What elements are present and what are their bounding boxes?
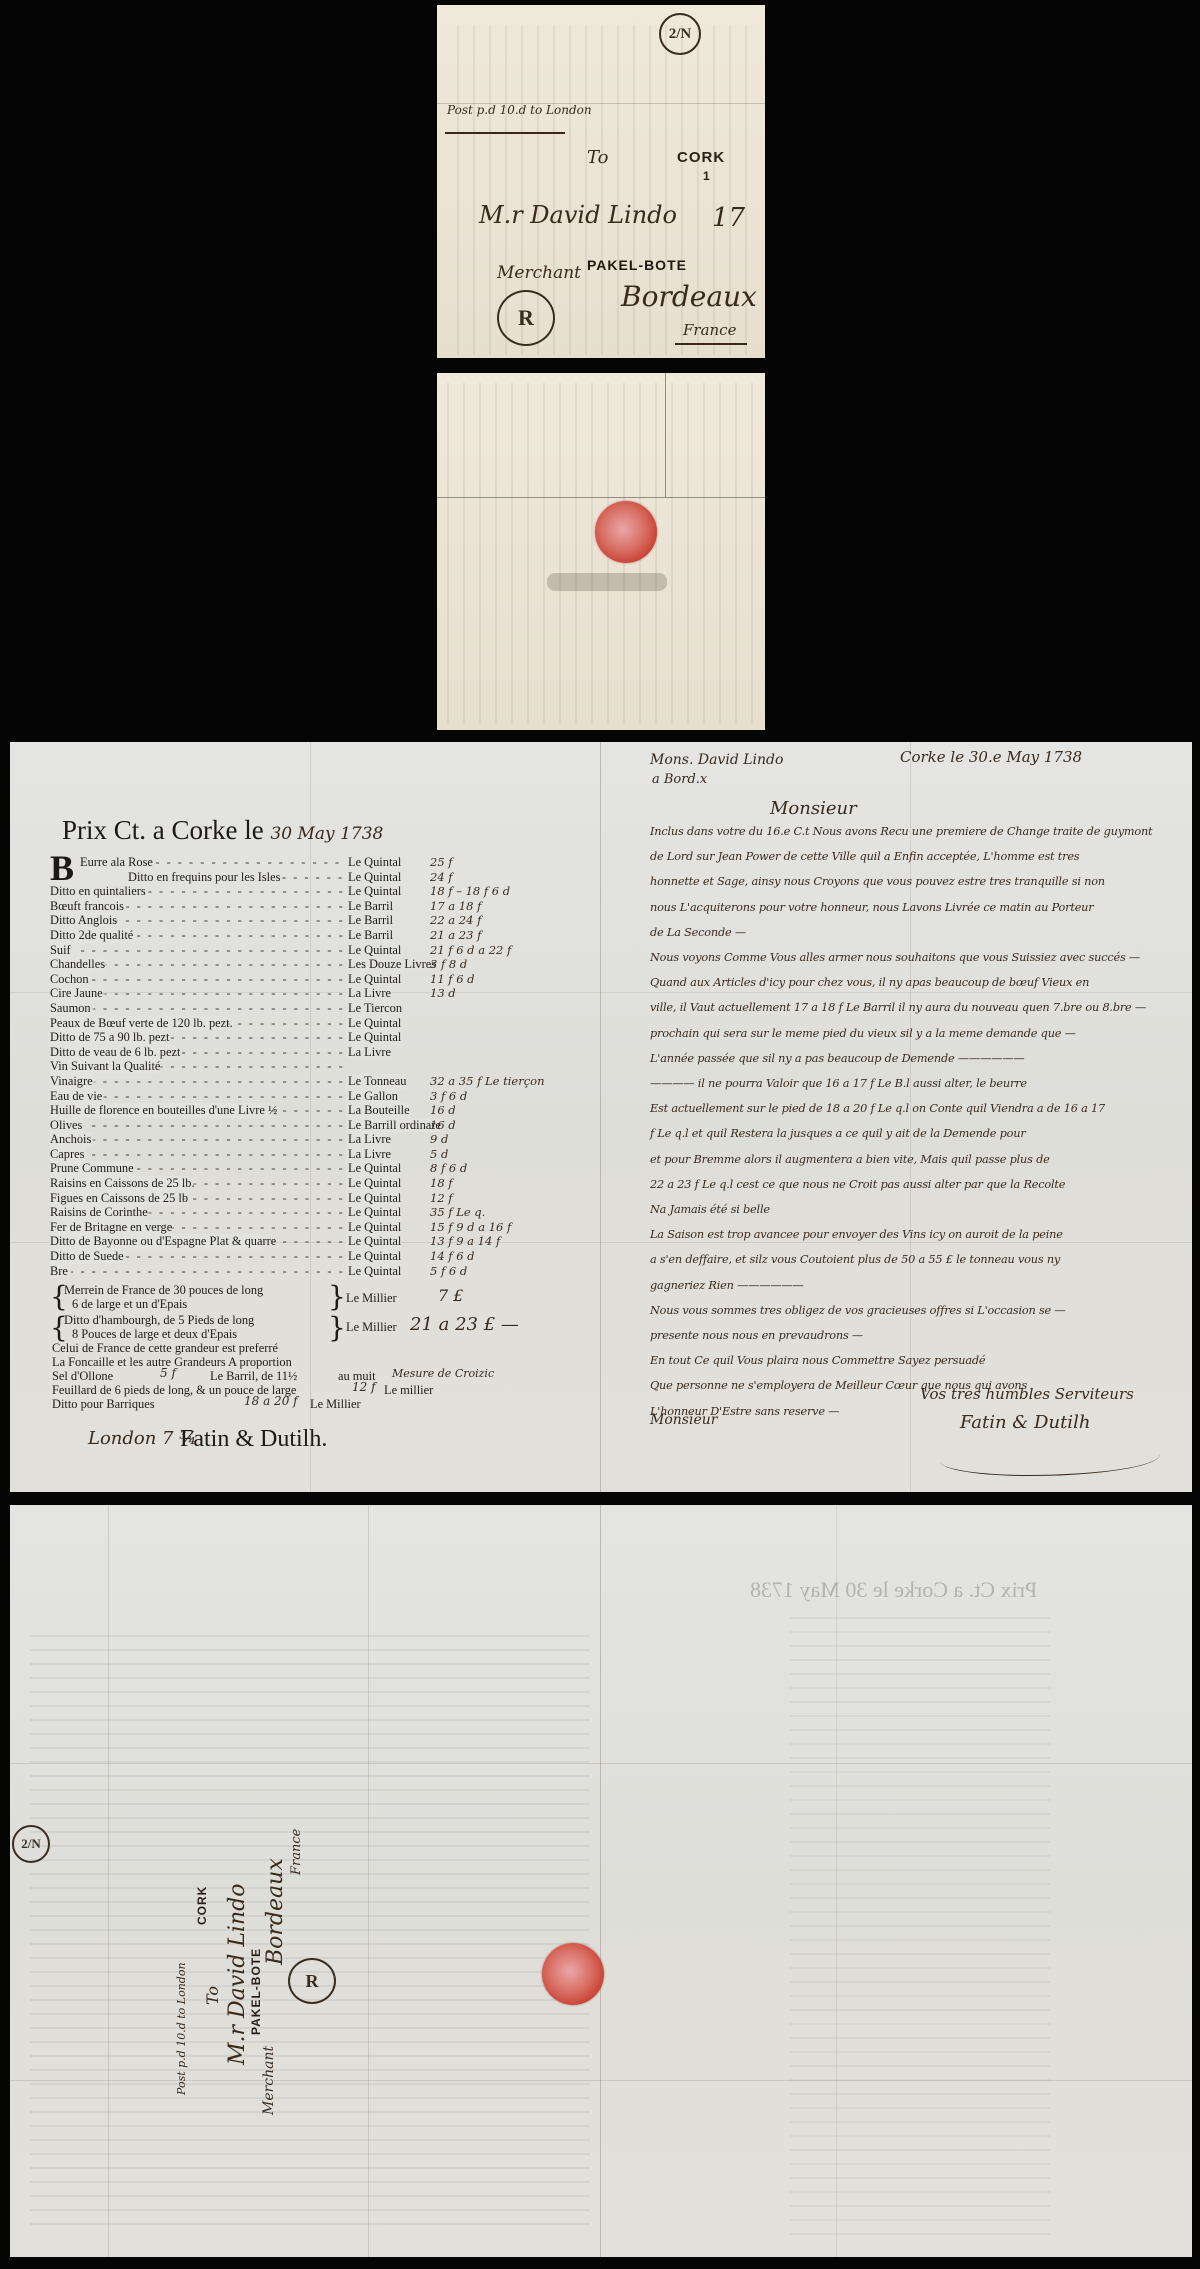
show-through-text [447, 383, 757, 723]
leader-dots: - - - - - - - - - - - - - - - - - - - - … [58, 1264, 348, 1279]
postmark-text: R [518, 305, 534, 331]
price-row: - - - - - - - - - - - - - - - - - - - - … [50, 1074, 570, 1089]
item-price: 8 f 6 d [430, 1161, 467, 1176]
item-unit: La Bouteille [346, 1103, 410, 1118]
item-name: Ditto en frequins pour les Isles [128, 870, 284, 885]
brace-right: } [328, 1311, 346, 1344]
price-row: - - - - - - - - - - - - - - - - - - - - … [50, 1089, 570, 1104]
city: Bordeaux [621, 280, 757, 313]
letter-line: honnette et Sage, ainsy nous Croyons que… [650, 875, 1105, 888]
sel-note: Mesure de Croizic [392, 1367, 494, 1380]
reverse-circle-postmark-2: R [288, 1958, 336, 2004]
item-price: 22 a 24 f [430, 913, 481, 928]
item-price: 32 a 35 f Le tierçon [430, 1074, 544, 1089]
salutation: Monsieur [770, 798, 857, 819]
item-price: 18 f – 18 f 6 d [430, 884, 510, 899]
letter-line: La Saison est trop avancee pour envoyer … [650, 1228, 1063, 1241]
footer-line: Celui de France de cette grandeur est pr… [52, 1341, 278, 1356]
item-price: 11 f 6 d [430, 972, 475, 987]
item-price: 16 d [430, 1103, 456, 1118]
packet-stamp: PAKEL-BOTE [587, 257, 687, 273]
flap-edge [437, 497, 765, 498]
letter-line: de La Seconde — [650, 926, 746, 939]
item-unit: Le Quintal [346, 1176, 401, 1191]
envelope-front-panel: 2/N Post p.d 10.d to London To CORK 1 M.… [437, 5, 765, 358]
merrein-unit: Le Millier [346, 1291, 397, 1306]
item-unit: Le Quintal [346, 1030, 401, 1045]
item-name: Chandelles [50, 957, 109, 972]
item-name: Ditto de Bayonne ou d'Espagne Plat & qua… [50, 1234, 280, 1249]
item-price: 14 f 6 d [430, 1249, 475, 1264]
show-through-price-list [790, 1615, 1050, 2235]
item-name: Bre [50, 1264, 72, 1279]
price-row: - - - - - - - - - - - - - - - - - - - - … [50, 1132, 570, 1147]
sel-price: 5 f [160, 1366, 176, 1380]
price-row: - - - - - - - - - - - - - - - - - - - - … [50, 1249, 570, 1264]
letter-line: de Lord sur Jean Power de cette Ville qu… [650, 850, 1079, 863]
item-unit: Le Quintal [346, 1016, 401, 1031]
country: France [683, 321, 736, 339]
sel-label: Sel d'Ollone [52, 1369, 113, 1384]
wax-seal [595, 501, 657, 563]
item-name: Capres [50, 1147, 88, 1162]
item-price: 24 f [430, 870, 453, 885]
item-price: 35 f Le q. [430, 1205, 485, 1220]
item-price: 9 d [430, 1132, 448, 1147]
price-row: - - - - - - - - - - - - - - - - - - - - … [50, 1205, 570, 1220]
price-list-title: Prix Ct. a Corke le 30 May 1738 [62, 815, 383, 846]
item-name: Figues en Caissons de 25 lb [50, 1191, 192, 1206]
barriques-price: 18 a 20 f [244, 1394, 298, 1408]
item-unit: Le Quintal [346, 870, 401, 885]
item-price: 25 f [430, 855, 453, 870]
occupation: Merchant [497, 263, 581, 283]
rotated-address: Post p.d 10.d to London To M.r David Lin… [185, 1695, 295, 2075]
reverse-country: France [289, 1829, 304, 1875]
item-name: Eau de vie [50, 1089, 106, 1104]
reverse-circle-postmark: 2/N [12, 1825, 50, 1863]
item-name: Vin Suivant la Qualité [50, 1059, 164, 1074]
item-name: Eurre ala Rose [80, 855, 157, 870]
leader-dots: - - - - - - - - - - - - - - - - - - - - … [58, 1118, 348, 1133]
item-unit: La Livre [346, 1147, 391, 1162]
brace-right: } [328, 1280, 346, 1313]
price-row: - - - - - - - - - - - - - - - - - - - - … [50, 943, 570, 958]
item-unit: Le Quintal [346, 1234, 401, 1249]
item-unit: Le Quintal [346, 1264, 401, 1279]
center-fold [600, 742, 601, 1492]
price-row: - - - - - - - - - - - - - - - - - - - - … [50, 1161, 570, 1176]
price-row: - - - - - - - - - - - - - - - - - - - - … [50, 1147, 570, 1162]
price-row: - - - - - - - - - - - - - - - - - - - - … [50, 986, 570, 1001]
item-price: 18 f [430, 1176, 453, 1191]
price-row: - - - - - - - - - - - - - - - - - - - - … [50, 1191, 570, 1206]
item-name: Bœuft francois [50, 899, 128, 914]
postmark-text: R [306, 1971, 319, 1992]
item-name: Olives [50, 1118, 86, 1133]
price-row: - - - - - - - - - - - - - - - - - - - - … [50, 1264, 570, 1279]
price-row: - - - - - - - - - - - - - - - - - - - - … [50, 928, 570, 943]
reverse-cork-stamp: CORK [195, 1886, 209, 1925]
seal-smudge [547, 573, 667, 591]
barriques-unit: Le Millier [310, 1397, 361, 1412]
item-price: 3 f 8 d [430, 957, 467, 972]
country-underline [675, 343, 747, 345]
letter-line: Na Jamais été si belle [650, 1203, 770, 1216]
merrein-line1: Merrein de France de 30 pouces de long [64, 1283, 263, 1298]
item-name: Peaux de Bœuf verte de 120 lb. pezt. [50, 1016, 237, 1031]
hambourgh-unit: Le Millier [346, 1320, 397, 1335]
feuillard-price: 12 f [352, 1380, 376, 1394]
item-unit: Le Quintal [346, 972, 401, 987]
item-unit: Le Quintal [346, 884, 401, 899]
item-name: Ditto en quintaliers [50, 884, 150, 899]
ghost-title: Prix Ct. a Corke le 30 May 1738 [750, 1577, 1037, 1603]
item-name: Prune Commune [50, 1161, 138, 1176]
item-name: Raisins de Corinthe [50, 1205, 152, 1220]
letter-line: prochain qui sera sur le meme pied du vi… [650, 1027, 1076, 1040]
signature: Fatin & Dutilh [960, 1412, 1090, 1433]
item-unit: Le Barrill ordinare [346, 1118, 441, 1133]
item-price: 5 f 6 d [430, 1264, 467, 1279]
merrein-price: 7 £ [438, 1286, 463, 1305]
item-price: 21 f 6 d a 22 f [430, 943, 511, 958]
item-unit: Les Douze Livres [346, 957, 436, 972]
item-price: 3 f 6 d [430, 1089, 467, 1104]
printer-firm: Fatin & Dutilh. [180, 1426, 327, 1453]
center-fold [600, 1505, 601, 2257]
postmark-text: 2/N [21, 1836, 41, 1852]
closing-salutation: Monsieur [650, 1412, 717, 1428]
item-unit: Le Tiercon [346, 1001, 402, 1016]
item-name: Vinaigre [50, 1074, 97, 1089]
letter-line: et pour Bremme alors il augmentera a bie… [650, 1153, 1050, 1166]
price-row: - - - - - - - - - - - - - - - - - - - - … [50, 1016, 570, 1031]
item-price: 12 f [430, 1191, 453, 1206]
reverse-occupation: Merchant [261, 2046, 277, 2115]
wax-seal [542, 1943, 604, 2005]
circle-postmark-top: 2/N [659, 13, 701, 55]
item-unit: Le Tonneau [346, 1074, 406, 1089]
postmark-text: 2/N [669, 26, 692, 43]
item-price: 15 f 9 d a 16 f [430, 1220, 511, 1235]
item-name: Ditto de Suede [50, 1249, 128, 1264]
item-unit: Le Quintal [346, 1249, 401, 1264]
price-row: - - - - - - - - - - - - - - - - - - - - … [50, 1176, 570, 1191]
item-name: Fer de Britagne en verge [50, 1220, 176, 1235]
price-row: - - - - - - - - - - - - - - - - - - - - … [50, 1045, 570, 1060]
price-row: - - - - - - - - - - - - - - - - - - - - … [50, 1001, 570, 1016]
item-unit: Le Quintal [346, 1205, 401, 1220]
item-unit: Le Barril [346, 928, 393, 943]
price-row: - - - - - - - - - - - - - - - - - - - - … [50, 1234, 570, 1249]
item-unit: Le Quintal [346, 855, 401, 870]
price-row: - - - - - - - - - - - - - - - - - - - - … [50, 1118, 570, 1133]
flap-edge [665, 373, 666, 497]
price-row: - - - - - - - - - - - - - - - - - - - - … [50, 870, 570, 885]
letter-line: 22 a 23 f Le q.l cest ce que nous ne Cro… [650, 1178, 1065, 1191]
letter-line: gagneriez Rien —————— [650, 1279, 804, 1292]
item-name: Huille de florence en bouteilles d'une L… [50, 1103, 281, 1118]
item-price: 21 a 23 f [430, 928, 481, 943]
leader-dots: - - - - - - - - - - - - - - - - - - - - … [58, 1001, 348, 1016]
item-unit: Le Quintal [346, 943, 401, 958]
addressee: M.r David Lindo [479, 201, 677, 229]
item-name: Ditto de veau de 6 lb. pezt [50, 1045, 184, 1060]
letter-line: Quand aux Articles d'icy pour chez vous,… [650, 976, 1089, 989]
item-name: Cire Jaune [50, 986, 107, 1001]
barriques-label: Ditto pour Barriques [52, 1397, 155, 1412]
price-row: - - - - - - - - - - - - - - - - - - - - … [50, 1059, 570, 1074]
letter-line: Nous voyons Comme Vous alles armer nous … [650, 951, 1140, 964]
reverse-address-block: Post p.d 10.d to London To M.r David Lin… [110, 1770, 370, 2000]
item-unit: Le Barril [346, 913, 393, 928]
charge-mark: 17 [712, 203, 745, 233]
hambourgh-price: 21 a 23 £ — [410, 1314, 519, 1335]
letter-line: Est actuellement sur le pied de 18 a 20 … [650, 1102, 1105, 1115]
item-name: Saumon [50, 1001, 95, 1016]
item-name: Suif [50, 943, 75, 958]
reverse-city: Bordeaux [263, 1858, 288, 1965]
hambourgh-line1: Ditto d'hambourgh, de 5 Pieds de long [64, 1313, 254, 1328]
to-label: To [587, 147, 608, 168]
item-unit: La Livre [346, 1045, 391, 1060]
closing: Vos tres humbles Serviteurs [920, 1385, 1134, 1403]
letter-line: En tout Ce quil Vous plaira nous Commett… [650, 1354, 985, 1367]
price-row: - - - - - - - - - - - - - - - - - - - - … [50, 855, 570, 870]
place-date: Corke le 30.e May 1738 [900, 748, 1082, 766]
cork-stamp: CORK [677, 149, 725, 166]
item-unit: Le Quintal [346, 1161, 401, 1176]
hambourgh-line2: 8 Pouces de large et deux d'Epais [72, 1327, 237, 1342]
item-name: Ditto Anglois [50, 913, 121, 928]
item-price: 13 f 9 a 14 f [430, 1234, 500, 1249]
item-name: Raisins en Caissons de 25 lb. [50, 1176, 199, 1191]
item-name: Ditto 2de qualité [50, 928, 137, 943]
price-row: - - - - - - - - - - - - - - - - - - - - … [50, 957, 570, 972]
letter-line: Nous vous sommes tres obligez de vos gra… [650, 1304, 1066, 1317]
item-unit: Le Gallon [346, 1089, 398, 1104]
circle-postmark-bottom: R [497, 290, 555, 346]
item-unit: Le Quintal [346, 1191, 401, 1206]
postage-note-underline [445, 132, 565, 134]
envelope-back-panel [437, 373, 765, 730]
item-name: Cochon [50, 972, 93, 987]
leader-dots: - - - - - - - - - - - - - - - - - - - - … [58, 1147, 348, 1162]
leader-dots: - - - - - - - - - - - - - - - - - - - - … [58, 1132, 348, 1147]
cork-day-stamp: 1 [703, 169, 711, 183]
title-date: 30 May 1738 [270, 824, 383, 844]
merrein-line2: 6 de large et un d'Epais [72, 1297, 187, 1312]
item-price: 16 d [430, 1118, 456, 1133]
leader-dots: - - - - - - - - - - - - - - - - - - - - … [58, 943, 348, 958]
item-unit: Le Barril [346, 899, 393, 914]
price-row: - - - - - - - - - - - - - - - - - - - - … [50, 1220, 570, 1235]
leader-dots: - - - - - - - - - - - - - - - - - - - - … [58, 972, 348, 987]
letter-line: presente nous nous en prevaudrons — [650, 1329, 863, 1342]
letter-line: Inclus dans votre du 16.e C.t Nous avons… [650, 825, 1152, 838]
price-row: - - - - - - - - - - - - - - - - - - - - … [50, 972, 570, 987]
reverse-to: To [203, 1986, 222, 2005]
reverse-postage-note: Post p.d 10.d to London [175, 1962, 188, 2095]
item-unit: Le Quintal [346, 1220, 401, 1235]
sel-unit: Le Barril, de 11½ [210, 1369, 297, 1384]
item-name: Ditto de 75 a 90 lb. pezt [50, 1030, 173, 1045]
feuillard-unit: Le millier [384, 1383, 433, 1398]
letter-line: L'année passée que sil ny a pas beaucoup… [650, 1052, 1024, 1065]
letter-line: nous L'acquiterons pour votre honneur, n… [650, 901, 1093, 914]
price-row: - - - - - - - - - - - - - - - - - - - - … [50, 1030, 570, 1045]
price-row: - - - - - - - - - - - - - - - - - - - - … [50, 1103, 570, 1118]
item-unit: La Livre [346, 1132, 391, 1147]
price-row: - - - - - - - - - - - - - - - - - - - - … [50, 884, 570, 899]
price-row: - - - - - - - - - - - - - - - - - - - - … [50, 913, 570, 928]
leader-dots: - - - - - - - - - - - - - - - - - - - - … [58, 1074, 348, 1089]
item-price: 17 a 18 f [430, 899, 481, 914]
item-unit: La Livre [346, 986, 391, 1001]
recipient-line1: Mons. David Lindo [650, 752, 783, 768]
letter-line: ville, il Vaut actuellement 17 a 18 f Le… [650, 1001, 1146, 1014]
item-price: 13 d [430, 986, 456, 1001]
recipient-line2: a Bord.x [652, 772, 707, 787]
item-name: Anchois [50, 1132, 95, 1147]
postage-note: Post p.d 10.d to London [447, 103, 592, 117]
reverse-packet-stamp: PAKEL-BOTE [249, 1948, 263, 2035]
price-row: - - - - - - - - - - - - - - - - - - - - … [50, 899, 570, 914]
item-price: 5 d [430, 1147, 448, 1162]
price-table: - - - - - - - - - - - - - - - - - - - - … [50, 855, 570, 1278]
title-text: Prix Ct. a Corke le [62, 815, 264, 845]
reverse-addressee: M.r David Lindo [225, 1884, 250, 2065]
letter-line: ———— il ne pourra Valoir que 16 a 17 f L… [650, 1077, 1027, 1090]
letter-line: a s'en deffaire, et silz vous Coutoient … [650, 1253, 1060, 1266]
letter-line: f Le q.l et quil Restera la jusques a ce… [650, 1127, 1026, 1140]
